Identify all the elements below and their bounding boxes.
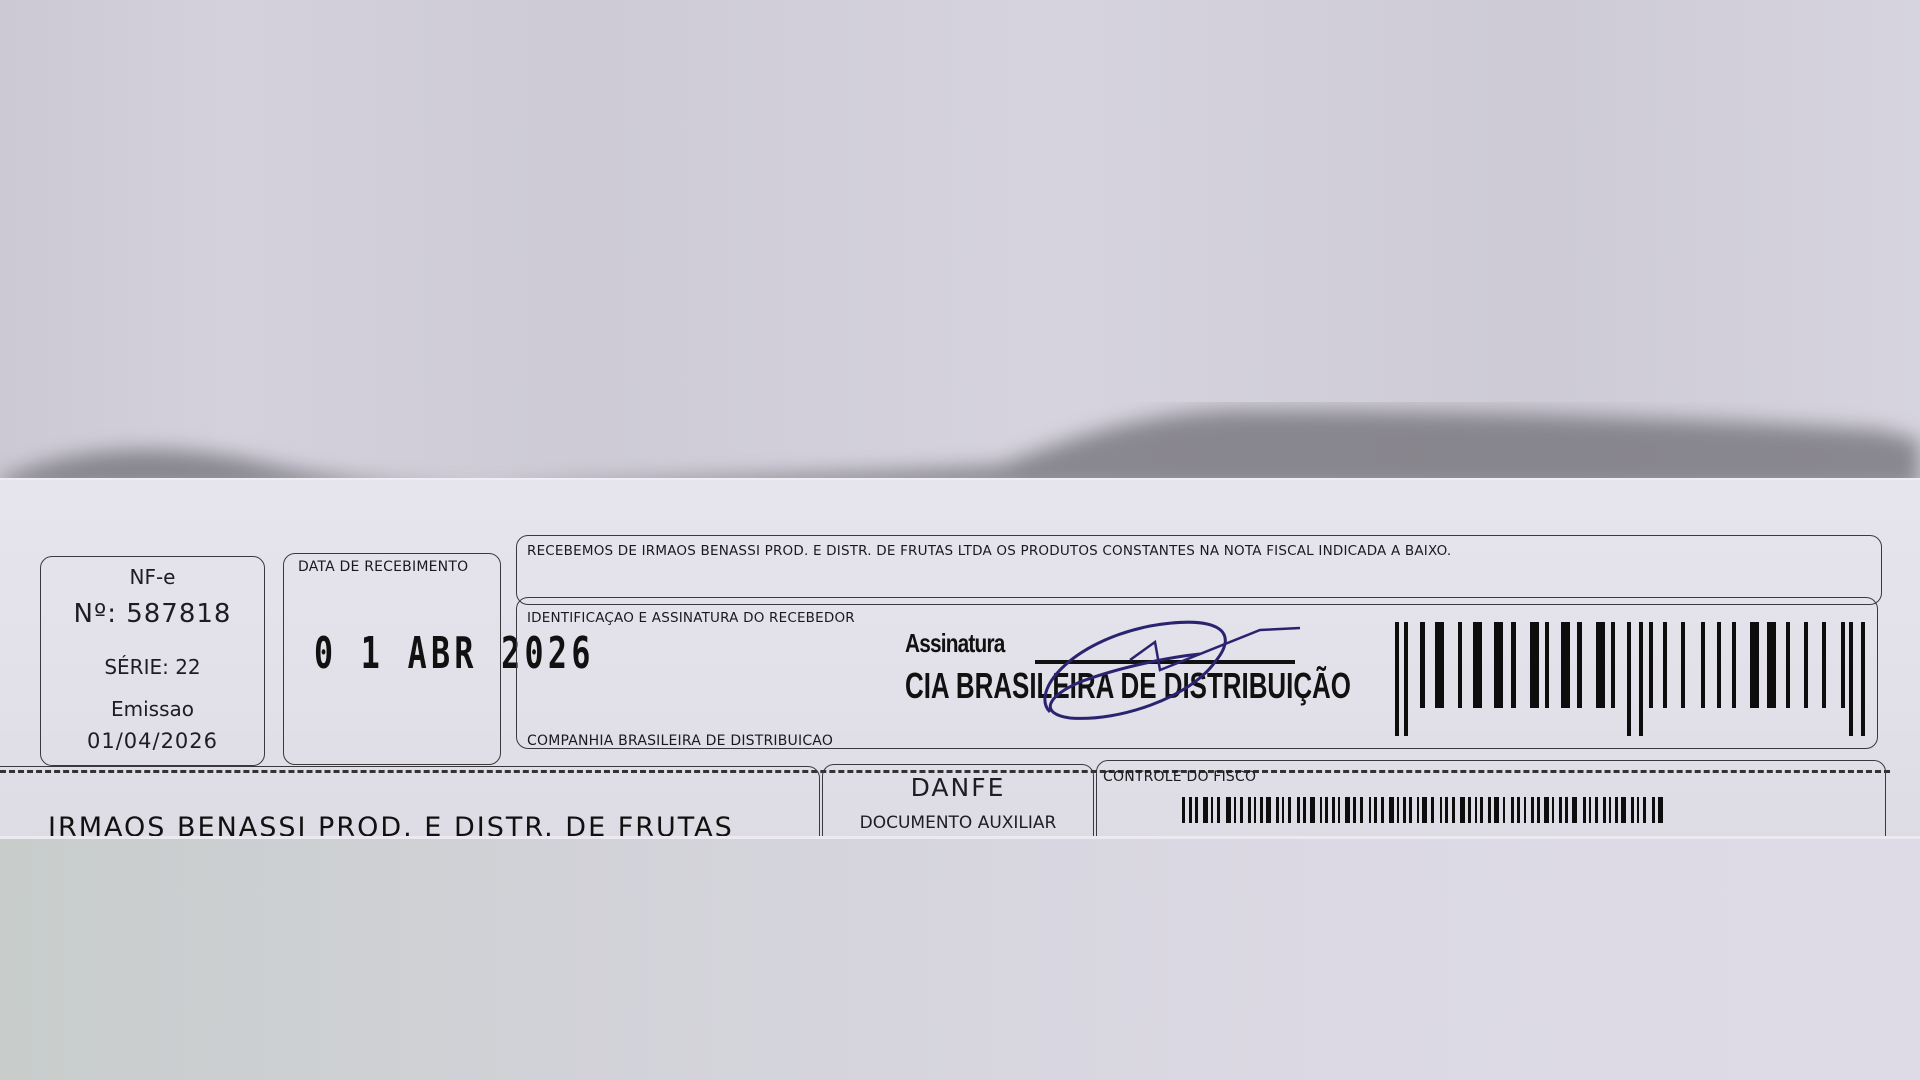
handwritten-signature [1010, 612, 1320, 732]
barcode-icon [1395, 622, 1865, 736]
signature-label: IDENTIFICAÇAO E ASSINATURA DO RECEBEDOR [527, 610, 855, 626]
nfe-number-box: NF-e Nº: 587818 SÉRIE: 22 Emissao 01/04/… [40, 556, 265, 766]
declaration-box: RECEBEMOS DE IRMAOS BENASSI PROD. E DIST… [516, 535, 1882, 605]
nfe-number: Nº: 587818 [41, 599, 264, 629]
background-sheet [0, 0, 1920, 480]
receipt-date-label: DATA DE RECEBIMENTO [298, 559, 468, 575]
declaration-text: RECEBEMOS DE IRMAOS BENASSI PROD. E DIST… [527, 543, 1451, 559]
nfe-emissao-label: Emissao [41, 697, 264, 721]
foreground-sheet [0, 836, 1920, 1080]
recipient-name: COMPANHIA BRASILEIRA DE DISTRIBUICAO [527, 733, 833, 749]
barcode-icon [1182, 797, 1667, 823]
danfe-subtitle: DOCUMENTO AUXILIAR [823, 813, 1093, 833]
danfe-title: DANFE [823, 773, 1093, 802]
fisco-label: CONTROLE DO FISCO [1103, 769, 1256, 785]
nfe-emissao-date: 01/04/2026 [41, 729, 264, 753]
nfe-serie: SÉRIE: 22 [41, 655, 264, 679]
nfe-title: NF-e [41, 565, 264, 589]
